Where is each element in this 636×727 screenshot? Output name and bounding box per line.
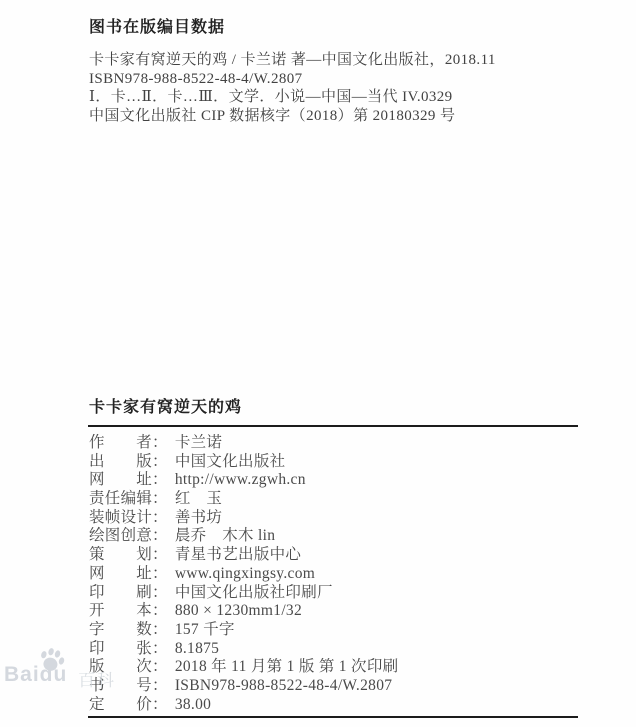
colophon-value: 卡兰诺 [175, 434, 222, 453]
colophon-label: 印刷 [89, 584, 152, 603]
colophon-label: 网址 [89, 565, 152, 584]
colophon-colon: ： [152, 640, 168, 659]
divider-bottom [88, 716, 578, 718]
colophon-label: 出版 [89, 453, 152, 472]
colophon-value: 中国文化出版社印刷厂 [175, 584, 333, 603]
colophon-row: 策划：青星书艺出版中心 [89, 546, 398, 565]
colophon-row: 印刷：中国文化出版社印刷厂 [89, 584, 398, 603]
cip-line: 中国文化出版社 CIP 数据核字（2018）第 20180329 号 [89, 107, 496, 126]
colophon-label: 网址 [89, 471, 152, 490]
colophon-label: 责任编辑 [89, 490, 152, 509]
colophon-colon: ： [152, 621, 168, 640]
cip-block: 卡卡家有窝逆天的鸡 / 卡兰诺 著—中国文化出版社，2018.11 ISBN97… [89, 51, 496, 125]
colophon-colon: ： [152, 602, 168, 621]
colophon-label: 字数 [89, 621, 152, 640]
colophon-row: 版次：2018 年 11 月第 1 版 第 1 次印刷 [89, 658, 398, 677]
colophon-value: www.qingxingsy.com [175, 565, 315, 584]
colophon-label: 绘图创意 [89, 527, 152, 546]
colophon-value: 880 × 1230mm1/32 [175, 602, 302, 621]
colophon-colon: ： [152, 509, 168, 528]
colophon-row: 网址：http://www.zgwh.cn [89, 471, 398, 490]
book-title: 卡卡家有窝逆天的鸡 [89, 394, 242, 417]
colophon-value: 157 千字 [175, 621, 235, 640]
cip-header: 图书在版编目数据 [89, 14, 225, 37]
colophon-row: 字数：157 千字 [89, 621, 398, 640]
colophon-label: 装帧设计 [89, 509, 152, 528]
colophon-value: 中国文化出版社 [175, 453, 286, 472]
colophon-value: ISBN978-988-8522-48-4/W.2807 [175, 677, 393, 696]
colophon-label: 印张 [89, 640, 152, 659]
colophon-row: 装帧设计：善书坊 [89, 509, 398, 528]
colophon-colon: ： [152, 490, 168, 509]
colophon-row: 书号：ISBN978-988-8522-48-4/W.2807 [89, 677, 398, 696]
colophon-label: 开本 [89, 602, 152, 621]
colophon-row: 绘图创意：晨乔 木木 lin [89, 527, 398, 546]
baidu-logo-text: Baidu [4, 663, 67, 687]
colophon-value: http://www.zgwh.cn [175, 471, 306, 490]
baidu-paw-icon [34, 645, 68, 681]
colophon-value: 青星书艺出版中心 [175, 546, 301, 565]
colophon-value: 8.1875 [175, 640, 219, 659]
colophon-colon: ： [152, 658, 168, 677]
cip-line: 卡卡家有窝逆天的鸡 / 卡兰诺 著—中国文化出版社，2018.11 [89, 51, 496, 70]
colophon-value: 38.00 [175, 696, 211, 715]
colophon-colon: ： [152, 584, 168, 603]
colophon-label: 策划 [89, 546, 152, 565]
colophon-row: 网址：www.qingxingsy.com [89, 565, 398, 584]
colophon-row: 作者：卡兰诺 [89, 434, 398, 453]
cip-line: Ⅰ．卡…Ⅱ．卡…Ⅲ．文学．小说—中国—当代 IV.0329 [89, 88, 496, 107]
book-copyright-page: 图书在版编目数据 卡卡家有窝逆天的鸡 / 卡兰诺 著—中国文化出版社，2018.… [0, 0, 636, 727]
colophon-row: 出版：中国文化出版社 [89, 453, 398, 472]
colophon-label: 版次 [89, 658, 152, 677]
colophon-value: 善书坊 [175, 509, 222, 528]
colophon-colon: ： [152, 527, 168, 546]
colophon-table: 作者：卡兰诺 出版：中国文化出版社 网址：http://www.zgwh.cn … [89, 434, 398, 714]
colophon-value: 红 玉 [175, 490, 222, 509]
colophon-colon: ： [152, 453, 168, 472]
colophon-label: 书号 [89, 677, 152, 696]
colophon-row: 印张：8.1875 [89, 640, 398, 659]
divider-top [88, 425, 578, 427]
colophon-row: 开本：880 × 1230mm1/32 [89, 602, 398, 621]
colophon-value: 2018 年 11 月第 1 版 第 1 次印刷 [175, 658, 399, 677]
colophon-colon: ： [152, 546, 168, 565]
colophon-value: 晨乔 木木 lin [175, 527, 275, 546]
colophon-row: 责任编辑：红 玉 [89, 490, 398, 509]
colophon-colon: ： [152, 565, 168, 584]
colophon-colon: ： [152, 471, 168, 490]
colophon-colon: ： [152, 434, 168, 453]
colophon-row: 定价：38.00 [89, 696, 398, 715]
colophon-colon: ： [152, 696, 168, 715]
colophon-label: 作者 [89, 434, 152, 453]
colophon-label: 定价 [89, 696, 152, 715]
colophon-colon: ： [152, 677, 168, 696]
cip-line: ISBN978-988-8522-48-4/W.2807 [89, 70, 496, 89]
